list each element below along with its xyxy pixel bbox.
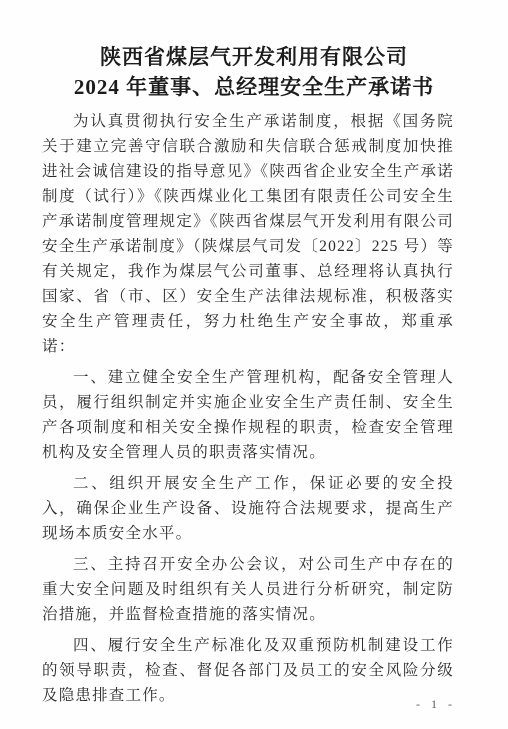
paragraph-item-3: 三、主持召开安全办公会议，对公司生产中存在的重大安全问题及时组织有关人员进行分析… [42, 552, 454, 627]
document-body: 为认真贯彻执行安全生产承诺制度，根据《国务院关于建立完善守信联合激励和失信联合惩… [42, 109, 454, 708]
paragraph-intro: 为认真贯彻执行安全生产承诺制度，根据《国务院关于建立完善守信联合激励和失信联合惩… [42, 109, 454, 359]
paragraph-item-4: 四、履行安全生产标准化及双重预防机制建设工作的领导职责，检查、督促各部门及员工的… [42, 633, 454, 708]
page-number: - 1 - [416, 697, 456, 712]
document-title-line2: 2024 年董事、总经理安全生产承诺书 [0, 72, 508, 102]
document-title-block: 陕西省煤层气开发利用有限公司 2024 年董事、总经理安全生产承诺书 [0, 0, 508, 102]
paragraph-item-1: 一、建立健全安全生产管理机构，配备安全管理人员，履行组织制定并实施企业安全生产责… [42, 365, 454, 465]
document-title-line1: 陕西省煤层气开发利用有限公司 [0, 42, 508, 72]
paragraph-item-2: 二、组织开展安全生产工作，保证必要的安全投入，确保企业生产设备、设施符合法规要求… [42, 471, 454, 546]
document-page: 陕西省煤层气开发利用有限公司 2024 年董事、总经理安全生产承诺书 为认真贯彻… [0, 0, 508, 729]
